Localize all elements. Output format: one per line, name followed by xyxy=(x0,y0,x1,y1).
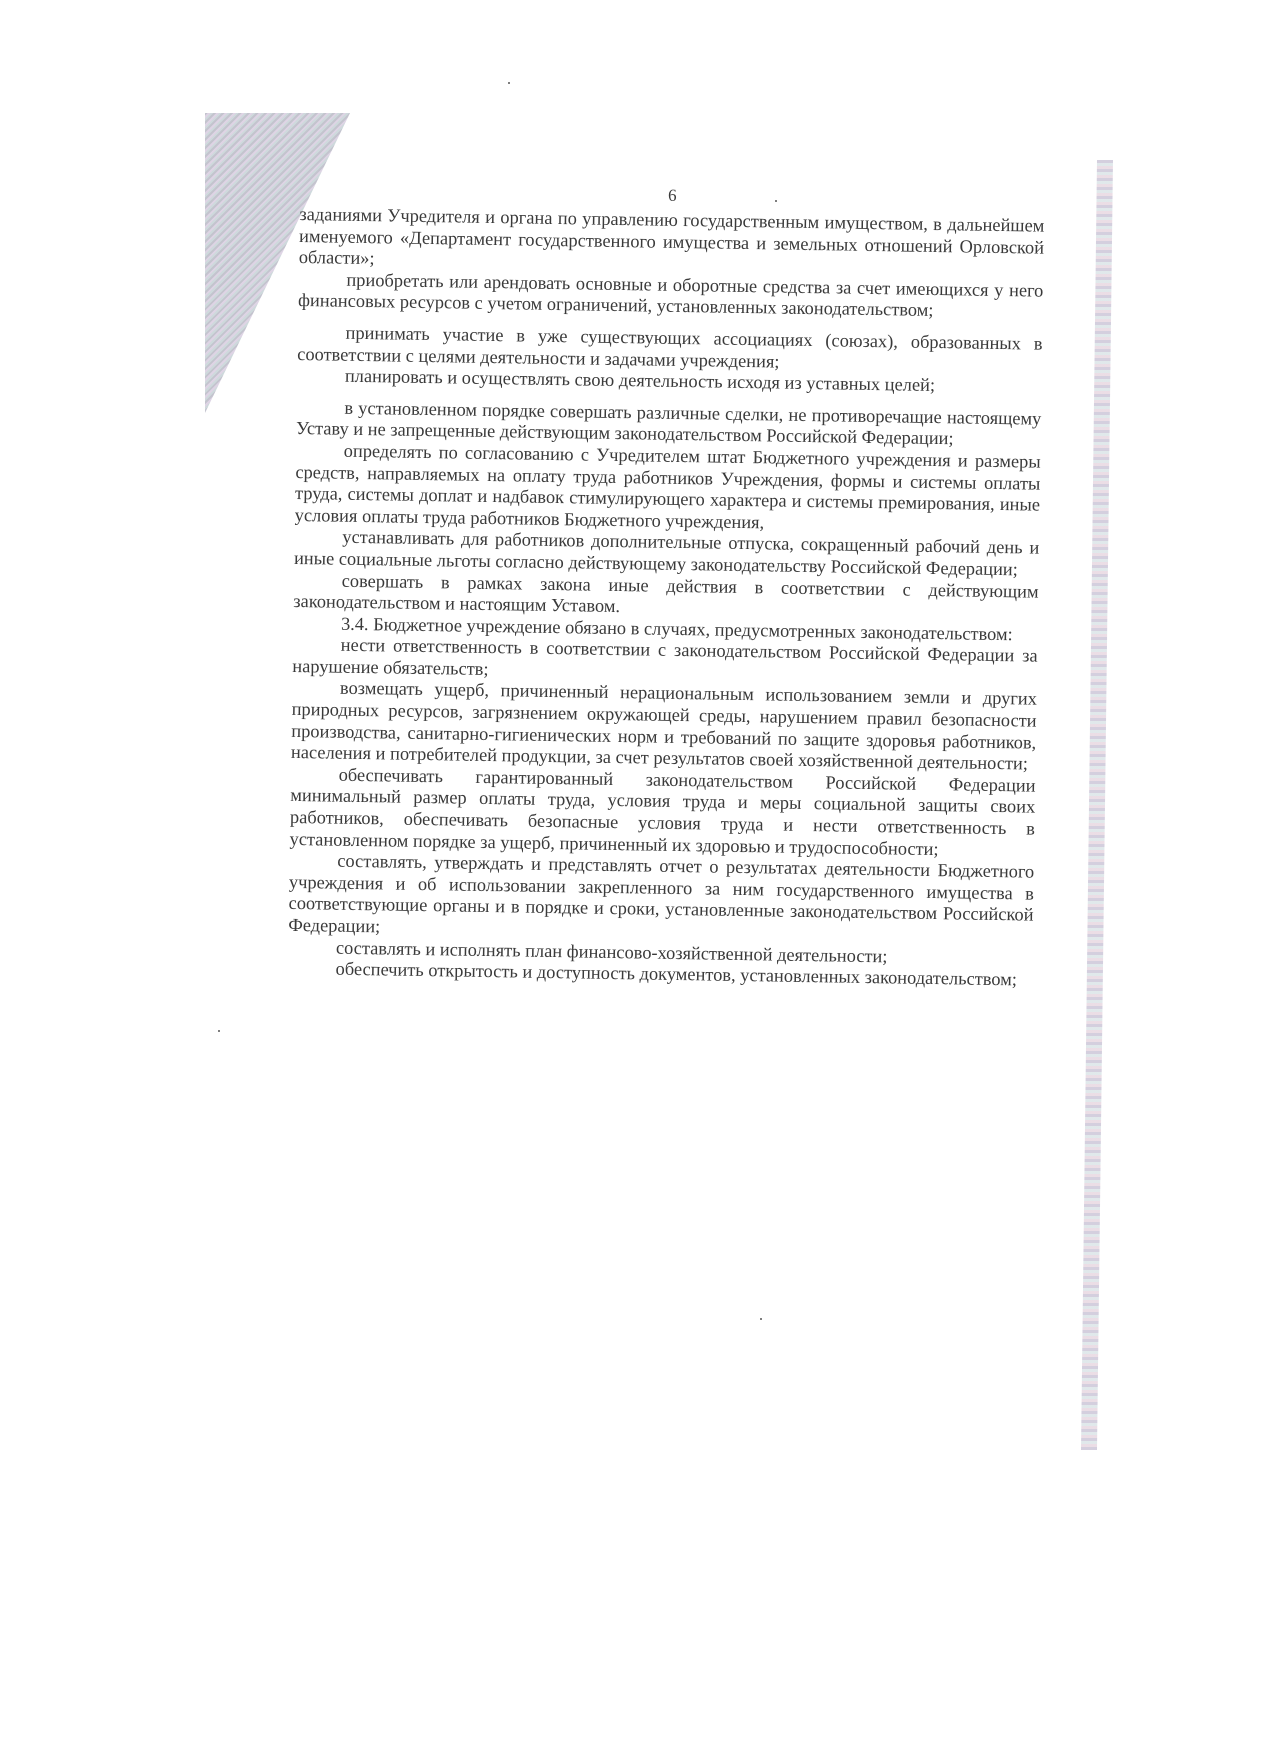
paragraph: составлять, утверждать и представлять от… xyxy=(288,850,1034,948)
scan-shadow-right xyxy=(1073,160,1113,1450)
paragraph: заданиями Учредителя и органа по управле… xyxy=(299,204,1045,280)
scan-speck xyxy=(218,1030,220,1032)
document-body: заданиями Учредителя и органа по управле… xyxy=(287,204,1044,991)
scan-speck xyxy=(508,82,510,84)
scan-speck xyxy=(760,1318,762,1320)
paragraph: обеспечивать гарантированный законодател… xyxy=(289,764,1035,862)
paragraph: возмещать ущерб, причиненный нерациональ… xyxy=(291,677,1037,775)
document-page: 6 заданиями Учредителя и органа по управ… xyxy=(287,180,1044,991)
paragraph: определять по согласованию с Учредителем… xyxy=(295,440,1041,538)
